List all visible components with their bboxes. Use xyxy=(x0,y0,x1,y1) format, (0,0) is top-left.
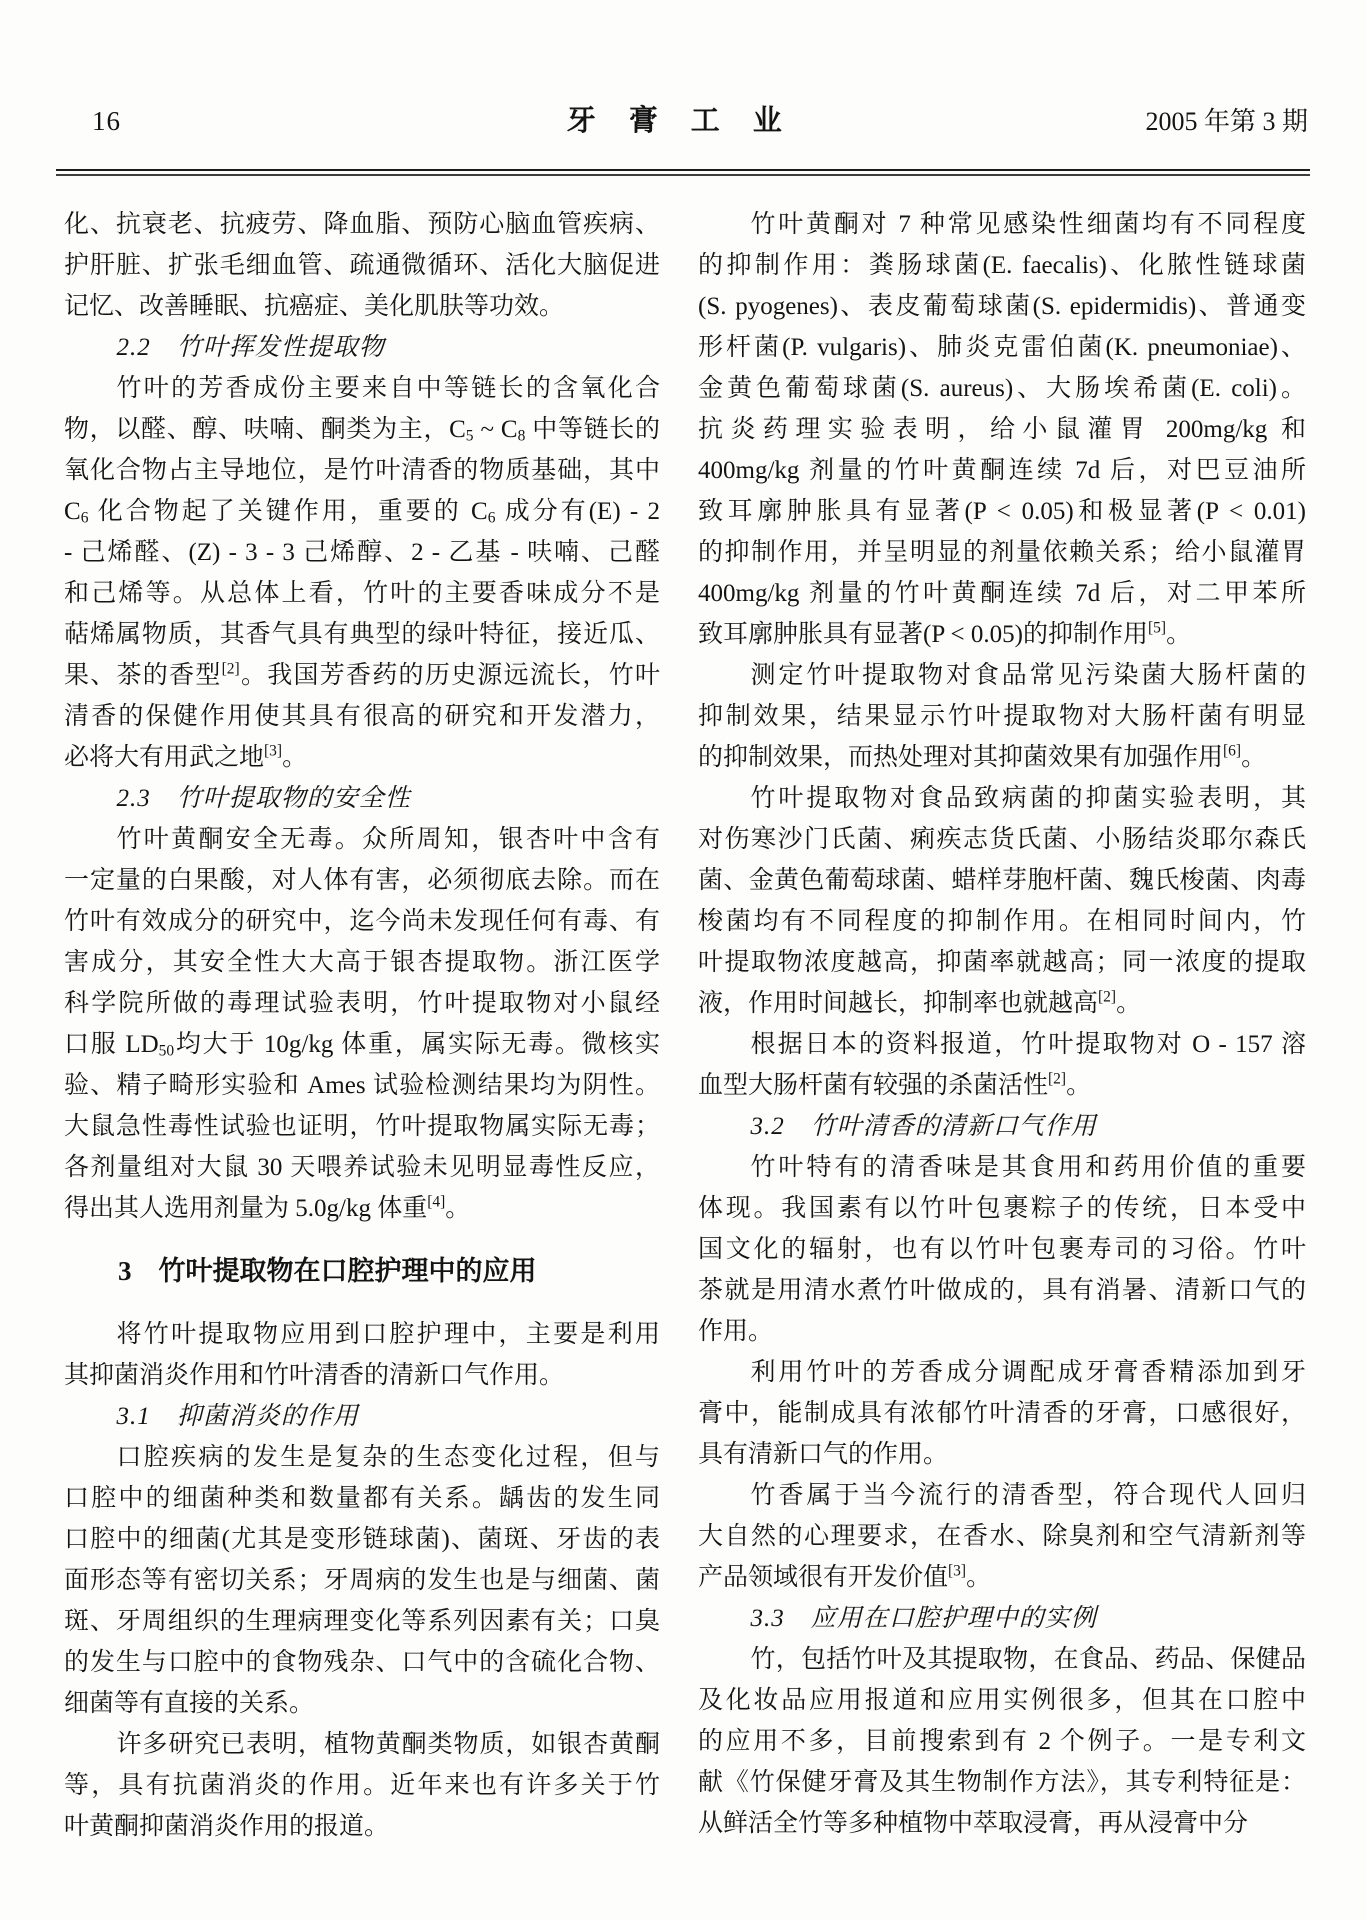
text-line: 的抑制作用：粪肠球菌(E. faecalis)、化脓性链球菌 xyxy=(698,245,1306,286)
text-line: 根据日本的资料报道，竹叶提取物对 O - 157 溶 xyxy=(698,1024,1306,1065)
text-line: 对伤寒沙门氏菌、痢疾志货氏菌、小肠结炎耶尔森氏 xyxy=(698,819,1306,860)
text-line: 体现。我国素有以竹叶包裹粽子的传统，日本受中 xyxy=(698,1188,1306,1229)
subsection-heading: 3.3 应用在口腔护理中的实例 xyxy=(698,1598,1306,1639)
text-line: 致耳廓肿胀具有显著(P < 0.05)和极显著(P < 0.01) xyxy=(698,491,1306,532)
text-line: 和己烯等。从总体上看，竹叶的主要香味成分不是 xyxy=(64,573,660,614)
page-header: 16 牙 膏 工 业 2005 年第 3 期 xyxy=(0,0,1366,139)
text-line: - 己烯醛、(Z) - 3 - 3 己烯醇、2 - 乙基 - 呋喃、己醛 xyxy=(64,532,660,573)
text-line: 竹叶黄酮对 7 种常见感染性细菌均有不同程度 xyxy=(698,204,1306,245)
text-line: 各剂量组对大鼠 30 天喂养试验未见明显毒性反应， xyxy=(64,1147,660,1188)
journal-title: 牙 膏 工 业 xyxy=(567,98,784,139)
text-line: 膏中，能制成具有浓郁竹叶清香的牙膏，口感很好， xyxy=(698,1393,1306,1434)
text-line: 口腔中的细菌(尤其是变形链球菌)、菌斑、牙齿的表 xyxy=(64,1519,660,1560)
spacer xyxy=(64,1292,660,1314)
text-line: 国文化的辐射，也有以竹叶包裹寿司的习俗。竹叶 xyxy=(698,1229,1306,1270)
text-line: 产品领域很有开发价值[3]。 xyxy=(698,1557,1306,1598)
text-line: 害成分，其安全性大大高于银杏提取物。浙江医学 xyxy=(64,942,660,983)
text-line: 作用。 xyxy=(698,1311,1306,1352)
text-line: 果、茶的香型[2]。我国芳香药的历史源远流长，竹叶 xyxy=(64,655,660,696)
text-line: 梭菌均有不同程度的抑制作用。在相同时间内，竹 xyxy=(698,901,1306,942)
text-line: 等，具有抗菌消炎的作用。近年来也有许多关于竹 xyxy=(64,1765,660,1806)
text-line: 的应用不多，目前搜索到有 2 个例子。一是专利文 xyxy=(698,1721,1306,1762)
text-line: 竹叶有效成分的研究中，迄今尚未发现任何有毒、有 xyxy=(64,901,660,942)
text-line: 具有清新口气的作用。 xyxy=(698,1434,1306,1475)
text-line: 必将大有用武之地[3]。 xyxy=(64,737,660,778)
text-line: 竹叶特有的清香味是其食用和药用价值的重要 xyxy=(698,1147,1306,1188)
text-line: 大自然的心理要求，在香水、除臭剂和空气清新剂等 xyxy=(698,1516,1306,1557)
article-body: 化、抗衰老、抗疲劳、降血脂、预防心脑血管疾病、保护肝脏、扩张毛细血管、疏通微循环… xyxy=(0,204,1366,1847)
text-line: 面形态等有密切关系；牙周病的发生也是与细菌、菌 xyxy=(64,1560,660,1601)
text-line: 利用竹叶的芳香成分调配成牙膏香精添加到牙 xyxy=(698,1352,1306,1393)
text-line: 的抑制效果，而热处理对其抑菌效果有加强作用[6]。 xyxy=(698,737,1306,778)
header-rule xyxy=(56,169,1310,176)
text-line: 物，以醛、醇、呋喃、酮类为主，C5 ~ C8 中等链长的含 xyxy=(64,409,660,450)
text-line: 斑、牙周组织的生理病理变化等系列因素有关；口臭 xyxy=(64,1601,660,1642)
text-line: 及化妆品应用报道和应用实例很多，但其在口腔中 xyxy=(698,1680,1306,1721)
text-line: 献《竹保健牙膏及其生物制作方法》，其专利特征是： xyxy=(698,1762,1306,1803)
spacer xyxy=(64,1229,660,1251)
text-line: 其抑菌消炎作用和竹叶清香的清新口气作用。 xyxy=(64,1355,660,1396)
left-column: 化、抗衰老、抗疲劳、降血脂、预防心脑血管疾病、保护肝脏、扩张毛细血管、疏通微循环… xyxy=(64,204,660,1847)
text-line: 萜烯属物质，其香气具有典型的绿叶特征，接近瓜、 xyxy=(64,614,660,655)
text-line: 一定量的白果酸，对人体有害，必须彻底去除。而在 xyxy=(64,860,660,901)
text-line: 大鼠急性毒性试验也证明，竹叶提取物属实际无毒； xyxy=(64,1106,660,1147)
text-line: 形杆菌(P. vulgaris)、肺炎克雷伯菌(K. pneumoniae)、 xyxy=(698,327,1306,368)
issue-info: 2005 年第 3 期 xyxy=(1145,101,1308,138)
subsection-heading: 2.3 竹叶提取物的安全性 xyxy=(64,778,660,819)
text-line: 液，作用时间越长，抑制率也就越高[2]。 xyxy=(698,983,1306,1024)
text-line: 400mg/kg 剂量的竹叶黄酮连续 7d 后，对巴豆油所 xyxy=(698,450,1306,491)
text-line: 得出其人选用剂量为 5.0g/kg 体重[4]。 xyxy=(64,1188,660,1229)
right-column: 竹叶黄酮对 7 种常见感染性细菌均有不同程度的抑制作用：粪肠球菌(E. faec… xyxy=(698,204,1306,1847)
text-line: 竹叶提取物对食品致病菌的抑菌实验表明，其 xyxy=(698,778,1306,819)
section-heading: 3 竹叶提取物在口腔护理中的应用 xyxy=(64,1251,660,1292)
text-line: 竹叶的芳香成份主要来自中等链长的含氧化合 xyxy=(64,368,660,409)
text-line: 的抑制作用，并呈明显的剂量依赖关系；给小鼠灌胃 xyxy=(698,532,1306,573)
text-line: 从鲜活全竹等多种植物中萃取浸膏，再从浸膏中分 xyxy=(698,1803,1306,1844)
text-line: 竹叶黄酮安全无毒。众所周知，银杏叶中含有 xyxy=(64,819,660,860)
text-line: 口腔中的细菌种类和数量都有关系。龋齿的发生同 xyxy=(64,1478,660,1519)
text-line: 菌、金黄色葡萄球菌、蜡样芽胞杆菌、魏氏梭菌、肉毒 xyxy=(698,860,1306,901)
text-line: 竹，包括竹叶及其提取物，在食品、药品、保健品 xyxy=(698,1639,1306,1680)
subsection-heading: 3.1 抑菌消炎的作用 xyxy=(64,1396,660,1437)
text-line: 抑制效果，结果显示竹叶提取物对大肠杆菌有明显 xyxy=(698,696,1306,737)
text-line: 记忆、改善睡眠、抗癌症、美化肌肤等功效。 xyxy=(64,286,660,327)
text-line: 叶黄酮抑菌消炎作用的报道。 xyxy=(64,1806,660,1847)
text-line: 许多研究已表明，植物黄酮类物质，如银杏黄酮 xyxy=(64,1724,660,1765)
text-line: 测定竹叶提取物对食品常见污染菌大肠杆菌的 xyxy=(698,655,1306,696)
text-line: 清香的保健作用使其具有很高的研究和开发潜力， xyxy=(64,696,660,737)
text-line: 叶提取物浓度越高，抑菌率就越高；同一浓度的提取 xyxy=(698,942,1306,983)
header-rule-bottom xyxy=(56,174,1310,176)
text-line: 致耳廓肿胀具有显著(P < 0.05)的抑制作用[5]。 xyxy=(698,614,1306,655)
text-line: 护肝脏、扩张毛细血管、疏通微循环、活化大脑促进 xyxy=(64,245,660,286)
page-number: 16 xyxy=(92,106,121,137)
text-line: 口腔疾病的发生是复杂的生态变化过程，但与 xyxy=(64,1437,660,1478)
text-line: 的发生与口腔中的食物残杂、口气中的含硫化合物、 xyxy=(64,1642,660,1683)
text-line: 科学院所做的毒理试验表明，竹叶提取物对小鼠经 xyxy=(64,983,660,1024)
text-line: 验、精子畸形实验和 Ames 试验检测结果均为阴性。 xyxy=(64,1065,660,1106)
text-line: (S. pyogenes)、表皮葡萄球菌(S. epidermidis)、普通变 xyxy=(698,286,1306,327)
text-line: 氧化合物占主导地位，是竹叶清香的物质基础，其中 xyxy=(64,450,660,491)
text-line: 将竹叶提取物应用到口腔护理中，主要是利用 xyxy=(64,1314,660,1355)
text-line: 400mg/kg 剂量的竹叶黄酮连续 7d 后，对二甲苯所 xyxy=(698,573,1306,614)
text-line: 茶就是用清水煮竹叶做成的，具有消暑、清新口气的 xyxy=(698,1270,1306,1311)
text-line: 金黄色葡萄球菌(S. aureus)、大肠埃希菌(E. coli)。 xyxy=(698,368,1306,409)
journal-page: 16 牙 膏 工 业 2005 年第 3 期 化、抗衰老、抗疲劳、降血脂、预防心… xyxy=(0,0,1366,1920)
text-line: 血型大肠杆菌有较强的杀菌活性[2]。 xyxy=(698,1065,1306,1106)
text-line: 抗炎药理实验表明，给小鼠灌胃 200mg/kg 和 xyxy=(698,409,1306,450)
subsection-heading: 2.2 竹叶挥发性提取物 xyxy=(64,327,660,368)
text-line: C6 化合物起了关键作用，重要的 C6 成分有(E) - 2 xyxy=(64,491,660,532)
subsection-heading: 3.2 竹叶清香的清新口气作用 xyxy=(698,1106,1306,1147)
header-rule-top xyxy=(56,169,1310,171)
text-line: 化、抗衰老、抗疲劳、降血脂、预防心脑血管疾病、保 xyxy=(64,204,660,245)
text-line: 细菌等有直接的关系。 xyxy=(64,1683,660,1724)
text-line: 口服 LD50均大于 10g/kg 体重，属实际无毒。微核实 xyxy=(64,1024,660,1065)
text-line: 竹香属于当今流行的清香型，符合现代人回归 xyxy=(698,1475,1306,1516)
